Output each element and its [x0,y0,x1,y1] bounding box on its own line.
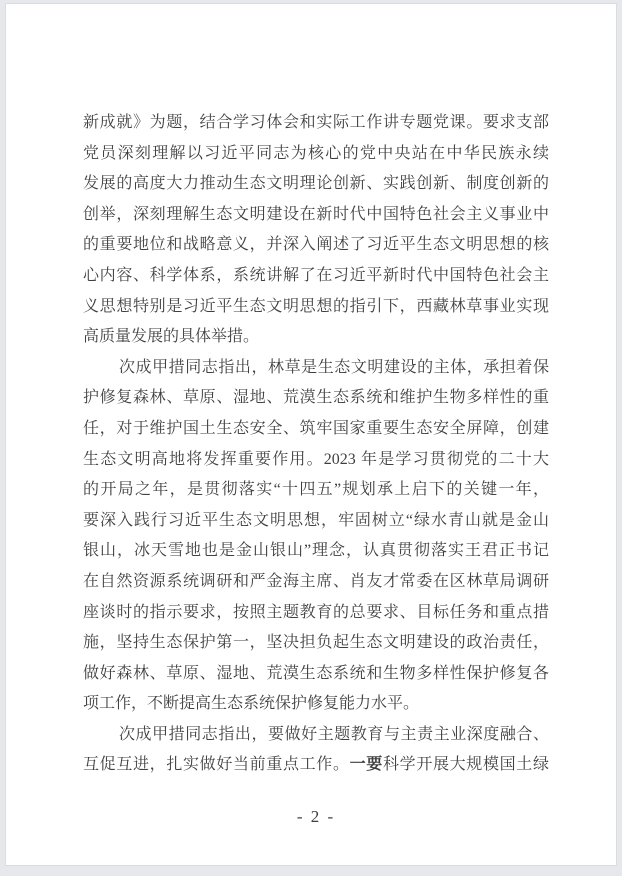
text-line: 在自然资源系统调研和严金海主席、肖友才常委在区林草局调研 [83,567,549,598]
text-segment: 科学开展大规模国土绿 [383,756,549,773]
text-line: 护修复森林、草原、湿地、荒漠生态系统和维护生物多样性的重 [83,383,549,414]
text-line: 新成就》为题，结合学习体会和实际工作讲专题党课。要求支部 [83,108,549,139]
text-line: 任，对于维护国土生态安全、筑牢国家重要生态安全屏障，创建 [83,414,549,445]
text-line: 施，坚持生态保护第一，坚决担负起生态文明建设的政治责任， [83,628,549,659]
text-line-paragraph-start: 次成甲措同志指出，要做好主题教育与主责主业深度融合、 [83,720,549,751]
text-line: 党员深刻理解以习近平同志为核心的党中央站在中华民族永续 [83,139,549,170]
text-line: 座谈时的指示要求，按照主题教育的总要求、目标任务和重点措 [83,598,549,629]
text-line-paragraph-start: 次成甲措同志指出，林草是生态文明建设的主体，承担着保 [83,353,549,384]
text-line: 心内容、科学体系，系统讲解了在习近平新时代中国特色社会主 [83,261,549,292]
text-line-with-bold: 互促互进，扎实做好当前重点工作。一要科学开展大规模国土绿 [83,750,549,781]
text-line: 银山，冰天雪地也是金山银山”理念，认真贯彻落实王君正书记 [83,536,549,567]
text-segment: 互促互进，扎实做好当前重点工作。 [83,756,350,773]
text-line-paragraph-end: 项工作，不断提高生态系统保护修复能力水平。 [83,689,549,720]
text-line: 要深入践行习近平生态文明思想，牢固树立“绿水青山就是金山 [83,506,549,537]
text-line: 义思想特别是习近平生态文明思想的指引下，西藏林草事业实现 [83,292,549,323]
document-viewport: 新成就》为题，结合学习体会和实际工作讲专题党课。要求支部 党员深刻理解以习近平同… [0,0,622,876]
text-line: 的开局之年，是贯彻落实“十四五”规划承上启下的关键一年， [83,475,549,506]
text-segment-bold: 一要 [350,756,383,773]
text-line: 生态文明高地将发挥重要作用。2023 年是学习贯彻党的二十大 [83,445,549,476]
text-line: 的重要地位和战略意义，并深入阐述了习近平生态文明思想的核 [83,230,549,261]
text-line: 做好森林、草原、湿地、荒漠生态系统和生物多样性保护修复各 [83,659,549,690]
text-line: 创举，深刻理解生态文明建设在新时代中国特色社会主义事业中 [83,200,549,231]
document-page: 新成就》为题，结合学习体会和实际工作讲专题党课。要求支部 党员深刻理解以习近平同… [5,3,617,866]
text-line-paragraph-end: 高质量发展的具体举措。 [83,322,549,353]
text-line: 发展的高度大力推动生态文明理论创新、实践创新、制度创新的 [83,169,549,200]
document-body-text: 新成就》为题，结合学习体会和实际工作讲专题党课。要求支部 党员深刻理解以习近平同… [83,108,549,827]
page-number: - 2 - [83,807,549,827]
